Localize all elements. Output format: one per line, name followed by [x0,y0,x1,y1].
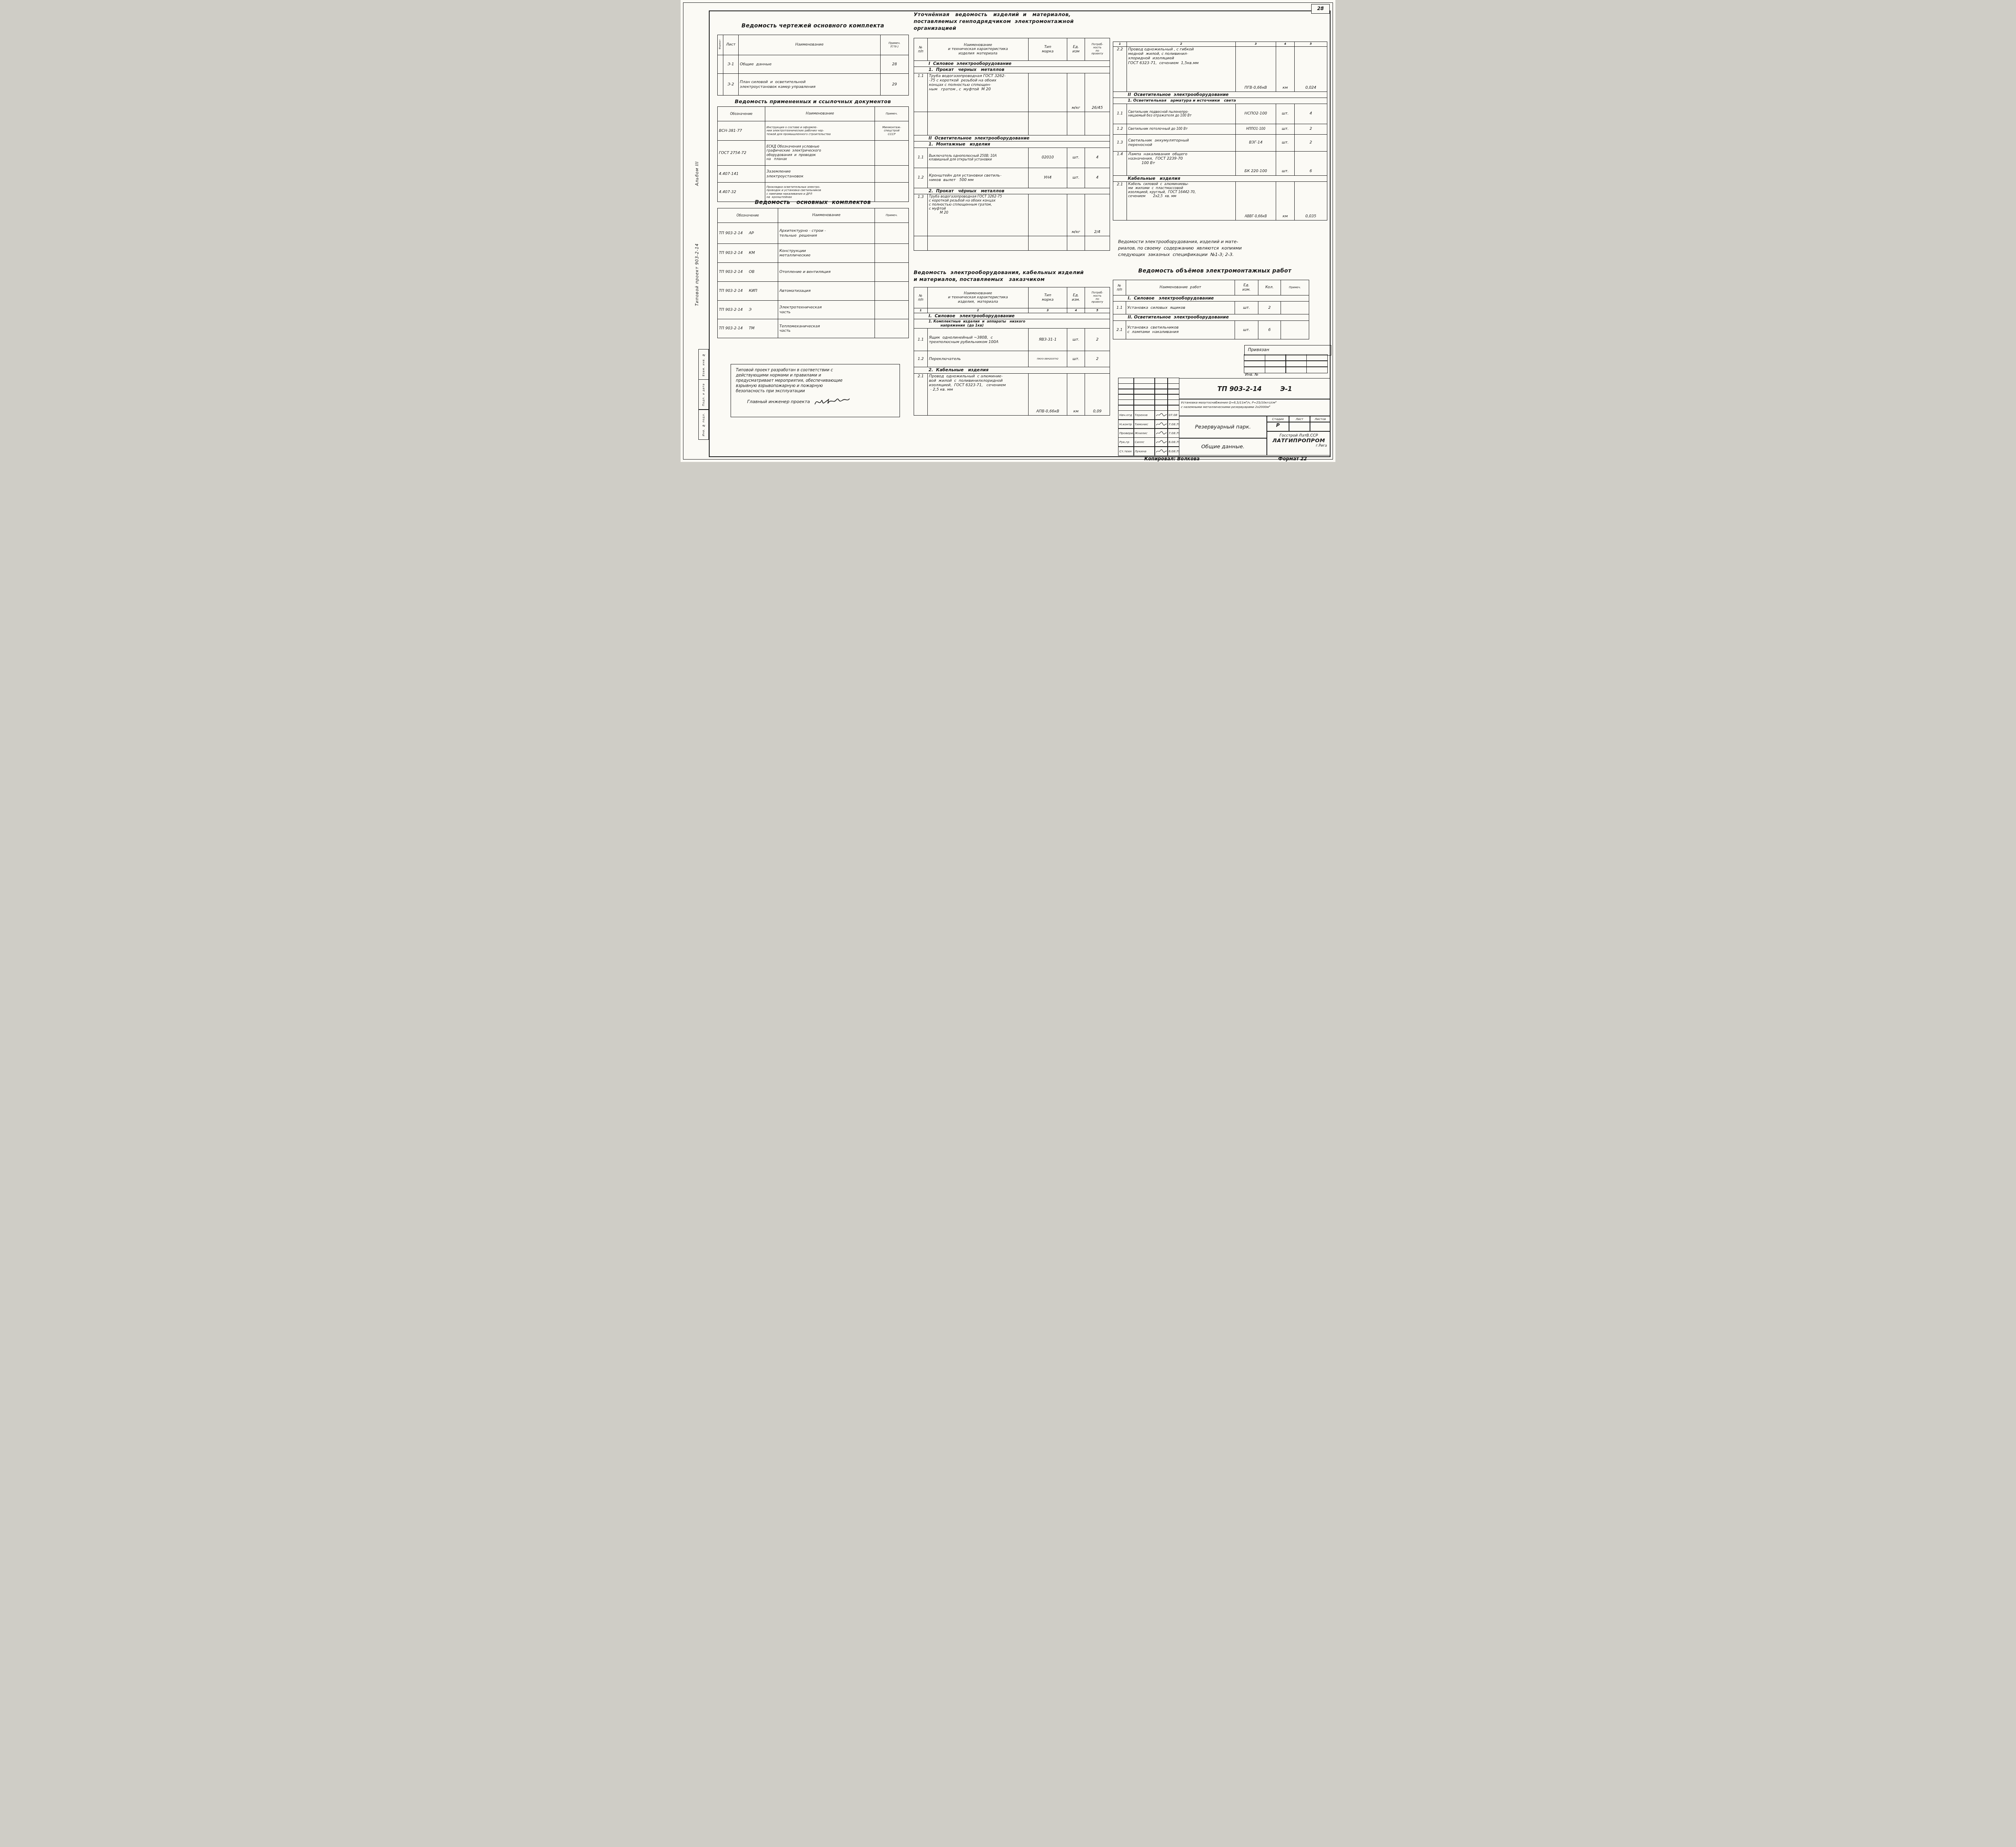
table-cell: Светильник подвесной пыленепро- ницаемый… [1127,104,1236,124]
signature-role: Ст.техн [1118,446,1134,456]
table-cell: шт. [1276,134,1295,151]
column-header: Наименование работ [1126,280,1235,295]
table-cell: 1.1 [914,329,928,351]
stage-value: Р [1267,422,1289,431]
organization-cell: Госстрой ЛатВ.ССР ЛАТГИПРОПРОМ г.Рига [1267,431,1331,456]
rotated-column-header: Формат [718,35,723,55]
column-header: Потреб- ность по проекту [1085,38,1110,61]
copied-by-label: Копировал: Волкова [1144,456,1200,462]
work-volumes-table: № п/пНаименование работЕд. изм.Кол.Приме… [1113,280,1309,339]
section-heading: II Осветительное электрооборудование [914,135,1110,141]
column-number: 5 [1085,308,1110,313]
copies-note: Ведомости электрооборудования, изделий и… [1118,239,1322,258]
table-cell: 1.2 [914,168,928,188]
column-number: 2 [1127,42,1236,47]
stamp-cell-label: Взам. инв. № [702,353,705,376]
empty-cell [1029,236,1067,250]
table-cell [875,166,909,183]
table-cell: НППО1-100 [1236,124,1276,134]
sheet-title: Общие данные. [1179,438,1267,456]
empty-cell [1085,112,1110,135]
table-cell: 02010 [1029,148,1067,168]
drawings-list-title: Ведомость чертежей основного комплекта [717,23,908,29]
table-row: 1. Монтажные изделия [914,141,1110,148]
table-cell: шт. [1276,124,1295,134]
column-header: Ед. изм. [1067,287,1085,308]
table-row: ВСН-381-77Инструкция о составе и оформле… [718,121,909,141]
table-cell: шт. [1276,151,1295,175]
table-cell: км [1276,181,1295,220]
signature-mark [1154,446,1168,456]
table-cell: Труба водогазопроводная ГОСТ 3262-75 с к… [928,194,1029,236]
table-row: 2.1Установка светильников с лампами нака… [1113,320,1309,339]
table-cell: шт. [1067,351,1085,367]
table-cell: Ящик однолинейный ~380В, с трехполюсным … [928,329,1029,351]
empty-cell [928,236,1029,250]
document-number-cell: ТП 903-2-14 Э-1 [1179,378,1331,399]
document-number: ТП 903-2-14 [1217,385,1262,393]
table-cell: БК 220-100 [1236,151,1276,175]
inventory-number-label: Инв. № [1245,373,1258,377]
table-cell: 1.1 [914,148,928,168]
table-cell: 2 [1295,134,1327,151]
table-cell: м/кг [1067,73,1085,112]
column-header: Кол. [1258,280,1281,295]
table-cell [875,263,909,282]
stamp-cell: Взам. инв. № [698,349,709,380]
empty-cell [914,236,928,250]
table-cell: Светильник аккумуляторный переносной [1127,134,1236,151]
table-row: ТП 903-2-14 АРАрхитектурно - строи - тел… [718,223,909,244]
table-row: 2. Кабельные изделия [914,367,1110,373]
column-header: № п/п [914,287,928,308]
work-volumes-table: № п/пНаименование работЕд. изм.Кол.Приме… [1113,280,1309,339]
drawings-list: ФорматЛистНаименованиеПримеч. (Стр.)Э-1О… [717,35,908,96]
column-header: Ед. изм. [1235,280,1258,295]
table-cell: ТП 903-2-14 ТМ [718,319,778,338]
ref-docs-title: Ведомость примененных и ссылочных докуме… [717,98,908,104]
table-cell [875,282,909,301]
project-note-box: Типовой проект разработан в соответствии… [731,364,900,417]
table-cell: км [1276,47,1295,92]
table-cell: Архитектурно - строи - тельные решения [778,223,875,244]
table-cell: ТП 903-2-14 ОВ [718,263,778,282]
table-cell: НСПО2-100 [1236,104,1276,124]
project-note-text: Типовой проект разработан в соответствии… [736,368,896,394]
table-row: 2.1Провод одножильный с алюминие- вой жи… [914,373,1110,415]
column-header: Наименование [778,208,875,223]
table-row: 1. Прокат черных металлов [914,67,1110,73]
table-row: 1.3Светильник аккумуляторный переноснойВ… [1113,134,1327,151]
inventory-grid-cell [1306,366,1328,373]
table-cell: 4 [1085,168,1110,188]
column-number: 3 [1029,308,1067,313]
table-row [914,236,1110,250]
table-cell: 4.407-141 [718,166,765,183]
inventory-grid [1244,355,1327,373]
column-number: 4 [1276,42,1295,47]
table-row: 1.4Лампа накаливания общего назначения, … [1113,151,1327,175]
table-row: I. Силовое электрооборудование [914,313,1110,319]
drawings-list: ФорматЛистНаименованиеПримеч. (Стр.)Э-1О… [717,35,909,96]
table-row: ТП 903-2-14 ЭЭлектротехническая часть [718,301,909,319]
table-cell [875,319,909,338]
table-cell: ТП 903-2-14 АР [718,223,778,244]
signature-date: 7.08.79 [1167,428,1179,438]
table-row: II. Осветительное электрооборудование [1113,314,1309,320]
table-cell: УН4 [1029,168,1067,188]
signature-role: Н.контр [1118,419,1134,429]
table-cell: Провод одножильный с алюминие- вой жилой… [928,373,1029,415]
column-header: Ед. изм [1067,38,1085,61]
column-number: 1 [1113,42,1127,47]
stamp-cell-label: Инв. № подл. [702,413,705,436]
stage-header: Стадия [1267,416,1289,422]
table-cell: 1.1 [1113,104,1127,124]
table-cell [1029,73,1067,112]
sheet-code: Э-1 [1280,385,1292,393]
signature-role: Рук.гр [1118,437,1134,447]
table-cell: 1.4 [1113,151,1127,175]
main-sets-title: Ведомость основных комплектов [717,199,908,206]
table-row: 1. Осветительная арматура и источники св… [1113,98,1327,104]
section-heading: I Силовое электрооборудование [914,61,1110,67]
table-cell: 28 [881,55,909,74]
column-header: Наименование и техническая характеристик… [928,287,1029,308]
column-number: 4 [1067,308,1085,313]
table-cell: 2/4 [1085,194,1110,236]
section-heading: Кабельные изделия [1113,175,1327,181]
table-cell: 6 [1295,151,1327,175]
inventory-grid-cell [1265,366,1286,373]
chief-engineer-label: Главный инженер проекта [747,399,810,404]
signature-date: 07.08 [1167,410,1179,420]
section-heading: 1. Прокат черных металлов [914,67,1110,73]
table-row: I Силовое электрооборудование [914,61,1110,67]
signature-date: 6.08.79 [1167,437,1179,447]
table-row: Э-1Общие данные28 [718,55,909,74]
column-header: Наименование [765,107,875,121]
table-row: ТП 903-2-14 КМКонструкции металлические [718,244,909,263]
table-row: ТП 903-2-14 КИПАвтоматизация [718,282,909,301]
table-cell: Переключатель [928,351,1029,367]
table-row: 1.2Кронштейн для установки светиль- нико… [914,168,1110,188]
table-cell: 0,09 [1085,373,1110,415]
table-cell: Установка силовых ящиков [1126,302,1235,314]
chief-engineer-signature-icon [813,396,850,407]
table-cell: 2.1 [1113,320,1126,339]
column-header: Наименование [739,35,881,55]
table-cell: 1.2 [1113,124,1127,134]
signature-name: Терехов [1133,410,1155,420]
signature-mark [1154,419,1168,429]
table-cell: Тепломеханическая часть [778,319,875,338]
table-cell: 1.1 [914,73,928,112]
table-row: I. Силовое электрооборудование [1113,295,1309,302]
sheet-count-cell [1310,422,1331,431]
column-number: 2 [928,308,1029,313]
column-header: Потреб- ность по проекту [1085,287,1110,308]
signature-mark [1154,428,1168,438]
table-row: 1.1Установка силовых ящиковшт.2 [1113,302,1309,314]
table-cell: ТП 903-2-14 КИП [718,282,778,301]
table-cell: 2.2 [1113,47,1127,92]
signature-row: ПроверилЖнилис7.08.79 [1118,428,1179,437]
table-cell: шт. [1276,104,1295,124]
table-cell: 1.3 [914,194,928,236]
empty-cell [914,112,928,135]
table-cell: шт. [1067,329,1085,351]
table-cell [875,244,909,263]
table-row: II Осветительное электрооборудование [914,135,1110,141]
signature-row: Нач.отдТерехов07.08 [1118,410,1179,419]
left-stamp-column: Взам. инв. №Подп. и датаИнв. № подл. [698,350,709,439]
table-cell: Минмонтаж- спецстрой СССР [875,121,909,141]
table-cell: шт. [1067,148,1085,168]
column-header: Обозначение [718,208,778,223]
stamp-cell: Подп. и дата [698,379,709,410]
table-cell: Э-2 [723,74,739,96]
supply-customer-table: № п/пНаименование и техническая характер… [914,287,1110,416]
table-cell: шт. [1067,168,1085,188]
sidebar-album-label: Альбом III [695,144,703,204]
table-row: Кабельные изделия [1113,175,1327,181]
signature-role: Нач.отд [1118,410,1134,420]
column-header: Примеч. [1281,280,1309,295]
table-row: 1.1Светильник подвесной пыленепро- ницае… [1113,104,1327,124]
table-row: ТП 903-2-14 ТМТепломеханическая часть [718,319,909,338]
column-header: Лист [723,35,739,55]
signature-date: 6.08.79 [1167,446,1179,456]
empty-cell [1067,236,1085,250]
section-heading: 1. Монтажные изделия [914,141,1110,148]
table-cell: Светильник потолочный до 100 Вт [1127,124,1236,134]
signature-name: Силлс [1133,437,1155,447]
column-number: 3 [1236,42,1276,47]
table-cell: Кабель силовой с алюминиевы- ми жилами с… [1127,181,1236,220]
table-row: ГОСТ 2754-72ЕСКД Обозначения условные гр… [718,141,909,166]
signature-name: Тимонис [1133,419,1155,429]
section-heading: II Осветительное электрооборудование [1113,92,1327,98]
table-cell: Кронштейн для установки светиль- ников в… [928,168,1029,188]
table-cell: 1.1 [1113,302,1126,314]
title-block-signature-panel: Нач.отдТерехов07.08Н.контрТимонис7.08.79… [1118,378,1179,456]
table-cell: шт. [1235,302,1258,314]
signature-icon [1156,422,1168,427]
table-cell: 2.1 [914,373,928,415]
table-cell [875,301,909,319]
table-cell: Лампа накаливания общего назначения, ГОС… [1127,151,1236,175]
stamp-cell-label: Подп. и дата [702,383,705,406]
column-number: 5 [1295,42,1327,47]
table-cell [875,141,909,166]
object-title: Резервуарный парк. [1179,416,1267,438]
stage-header: Лист [1289,416,1310,422]
table-row: 1.2Светильник потолочный до 100 ВтНППО1-… [1113,124,1327,134]
org-city: г.Рига [1267,444,1330,448]
column-header: Примеч. [875,107,909,121]
section-heading: II. Осветительное электрооборудование [1113,314,1309,320]
empty-cell [1029,112,1067,135]
table-cell: 2.1 [1113,181,1127,220]
column-header: Примеч. (Стр.) [881,35,909,55]
format-label: Формат 22 [1278,456,1307,462]
table-cell [1281,320,1309,339]
column-header: Примеч. [875,208,909,223]
supply-customer-heading: Ведомость электрооборудования, кабельных… [914,269,1110,283]
table-cell: ЯВЗ-31-1 [1029,329,1067,351]
supply-customer-cont-table: 123452.2Провод одножильный , с гибкой ме… [1113,42,1327,220]
signature-name: Лукина [1133,446,1155,456]
table-cell: шт. [1235,320,1258,339]
table-cell: Общие данные [739,55,881,74]
table-cell: ПГВ-0,66кВ [1236,47,1276,92]
table-cell: 4 [1085,148,1110,168]
signature-row: Н.контрТимонис7.08.79 [1118,420,1179,428]
table-cell: 1.2 [914,351,928,367]
table-cell: ПКУ3-58Н2037У2 [1029,351,1067,367]
ref-docs-table: ОбозначениеНаименованиеПримеч.ВСН-381-77… [717,106,909,202]
table-cell: км [1067,373,1085,415]
signature-name: Жнилис [1133,428,1155,438]
table-cell: Инструкция о составе и оформле- нии элек… [765,121,875,141]
table-cell [1281,302,1309,314]
table-cell: 26/45 [1085,73,1110,112]
table-cell: 6 [1258,320,1281,339]
ref-docs-table: ОбозначениеНаименованиеПримеч.ВСН-381-77… [717,106,908,202]
supply-contractor-table: № п/пНаименование и техническая характер… [914,38,1110,251]
inventory-grid-cell [1244,366,1265,373]
table-cell: Автоматизация [778,282,875,301]
table-cell: Электротехническая часть [778,301,875,319]
section-heading: 2. Прокат чёрных металлов [914,188,1110,194]
table-row: Э-2План силовой и осветительной электроу… [718,74,909,96]
signature-icon [1156,431,1168,436]
stage-headers: СтадияЛистЛистов [1267,416,1331,422]
table-row: 1.1Выключатель однополюсный 250В; 10А кл… [914,148,1110,168]
table-row [914,112,1110,135]
table-cell: Установка светильников с лампами накалив… [1126,320,1235,339]
table-row: II Осветительное электрооборудование [1113,92,1327,98]
table-row: 2.1Кабель силовой с алюминиевы- ми жилам… [1113,181,1327,220]
signature-rows: Нач.отдТерехов07.08Н.контрТимонис7.08.79… [1118,410,1179,456]
table-row: 1.1Труба водогазопроводная ГОСТ 3262- -7… [914,73,1110,112]
column-number: 1 [914,308,928,313]
table-cell: 2 [1258,302,1281,314]
table-cell: 2 [1085,351,1110,367]
table-cell: ВСН-381-77 [718,121,765,141]
main-sets-table: ОбозначениеНаименованиеПримеч.ТП 903-2-1… [717,208,909,338]
table-row: 1.1Ящик однолинейный ~380В, с трехполюсн… [914,329,1110,351]
table-cell: 2 [1295,124,1327,134]
empty-cell [928,112,1029,135]
table-cell: ВЗГ-14 [1236,134,1276,151]
table-cell: 29 [881,74,909,96]
column-header: Тип марка [1029,38,1067,61]
stage-header: Листов [1310,416,1331,422]
supply-contractor-heading: Уточнённая ведомость изделий и материало… [914,11,1110,32]
supply-customer-cont-table: 123452.2Провод одножильный , с гибкой ме… [1113,42,1327,220]
signature-icon [1156,412,1168,418]
signature-icon [1156,439,1168,445]
table-row: 4.407-141Заземление электроустановок [718,166,909,183]
table-cell: Заземление электроустановок [765,166,875,183]
empty-cell [1085,236,1110,250]
table-cell: Отопление и вентиляция [778,263,875,282]
table-cell: м/кг [1067,194,1085,236]
sheet-number-cell [1289,422,1310,431]
column-header: Наименование и техническая характеристик… [928,38,1029,61]
table-row: ТП 903-2-14 ОВОтопление и вентиляция [718,263,909,282]
table-cell: Труба водогазопроводная ГОСТ 3262- -75 с… [928,73,1029,112]
stamp-cell: Инв. № подл. [698,409,709,440]
table-cell: План силовой и осветительной электроуста… [739,74,881,96]
sidebar-project-label: Типовой проект 903-2-14 [695,208,703,341]
table-cell: 0,035 [1295,181,1327,220]
column-header: № п/п [914,38,928,61]
table-row: 2. Прокат чёрных металлов [914,188,1110,194]
main-sets-table: ОбозначениеНаименованиеПримеч.ТП 903-2-1… [717,208,908,338]
table-cell [1029,194,1067,236]
table-cell [718,55,723,74]
supply-customer-table: № п/пНаименование и техническая характер… [914,287,1110,416]
org-name: ЛАТГИПРОПРОМ [1267,438,1330,444]
title-block: Нач.отдТерехов07.08Н.контрТимонис7.08.79… [1118,378,1331,456]
table-cell: 0,024 [1295,47,1327,92]
table-cell: ГОСТ 2754-72 [718,141,765,166]
page-number: 28 [1311,4,1330,14]
org-authority: Госстрой ЛатВ.ССР [1267,433,1330,438]
table-cell [718,74,723,96]
table-cell: 4 [1295,104,1327,124]
signature-icon [1156,449,1168,454]
table-row: 1.2ПереключательПКУ3-58Н2037У2шт.2 [914,351,1110,367]
empty-cell [1067,112,1085,135]
column-header: № п/п [1113,280,1126,295]
section-heading: 2. Кабельные изделия [914,367,1110,373]
signature-row: Рук.грСиллс6.08.79 [1118,438,1179,447]
table-cell: Провод одножильный , с гибкой медной жил… [1127,47,1236,92]
column-header: Обозначение [718,107,765,121]
signature-role: Проверил [1118,428,1134,438]
linked-box: Привязан [1244,345,1331,356]
section-heading: I. Силовое электрооборудование [914,313,1110,319]
table-cell: 2 [1085,329,1110,351]
table-row: 1.3Труба водогазопроводная ГОСТ 3262-75 … [914,194,1110,236]
signature-date: 7.08.79 [1167,419,1179,429]
section-heading: 1. Осветительная арматура и источники св… [1113,98,1327,104]
table-cell: ТП 903-2-14 Э [718,301,778,319]
table-cell: Э-1 [723,55,739,74]
object-subtitle: Установка мазутоснабжения Q=6,5/11м³/ч, … [1179,399,1331,416]
supply-contractor-table: № п/пНаименование и техническая характер… [914,38,1110,251]
table-cell: Конструкции металлические [778,244,875,263]
rotated-header-text: Формат [719,40,722,49]
section-heading: 1. Комплектные изделия и аппараты низког… [914,319,1110,329]
signature-mark [1154,437,1168,447]
table-row: 1. Комплектные изделия и аппараты низког… [914,319,1110,329]
drawing-sheet: 28 Альбом III Типовой проект 903-2-14 Вз… [681,0,1335,462]
table-cell: АВВГ-0,66кВ [1236,181,1276,220]
signature-mark [1154,410,1168,420]
inventory-grid-cell [1285,366,1307,373]
table-cell: Выключатель однополюсный 250В; 10А клави… [928,148,1029,168]
column-header: Тип марка [1029,287,1067,308]
table-cell: ТП 903-2-14 КМ [718,244,778,263]
revision-grid [1118,378,1179,410]
table-cell: ЕСКД Обозначения условные графические эл… [765,141,875,166]
table-row: 2.2Провод одножильный , с гибкой медной … [1113,47,1327,92]
